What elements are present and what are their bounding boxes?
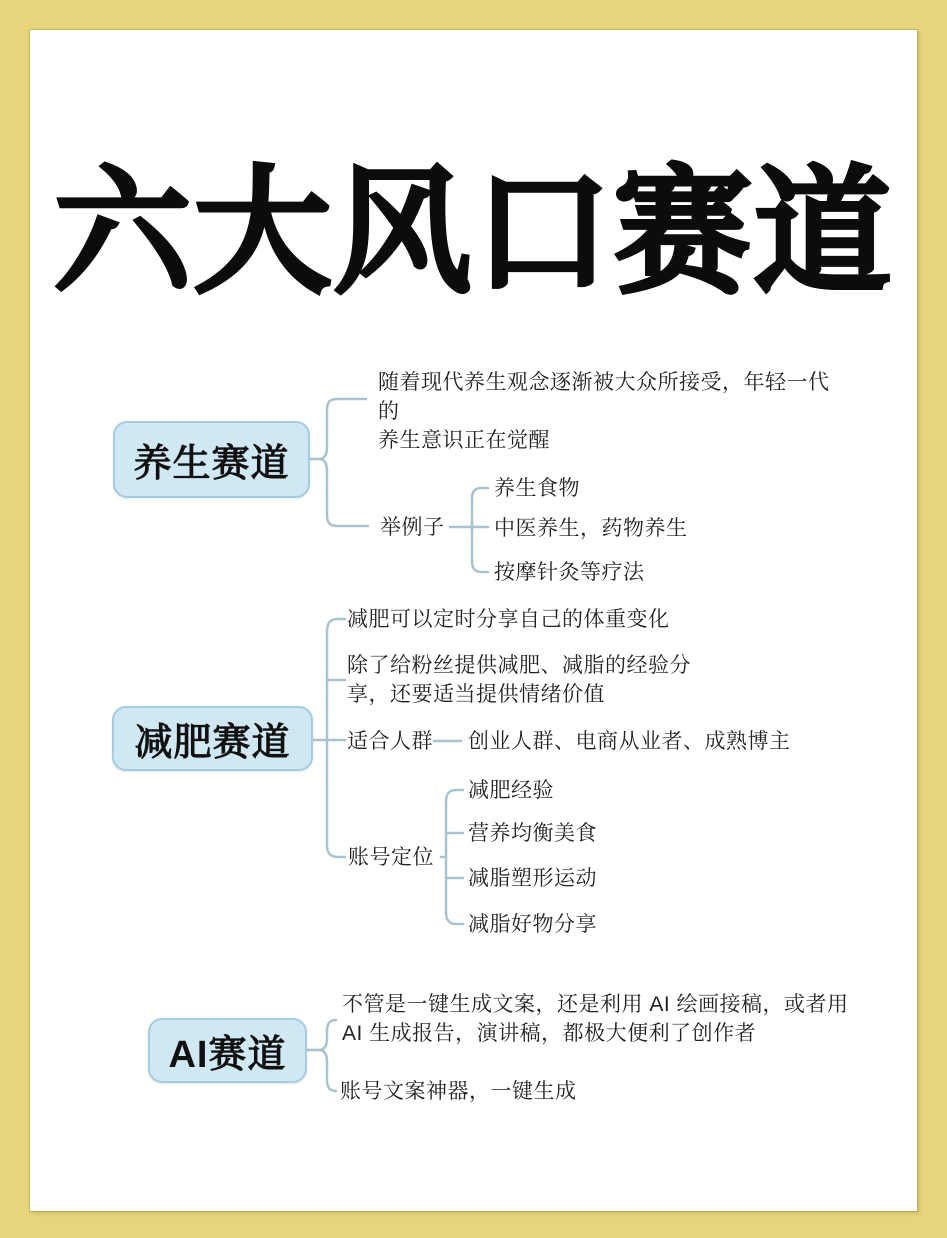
connector-wellness-bottom bbox=[319, 459, 368, 526]
weightloss-positioning-item: 减肥经验 bbox=[468, 776, 554, 805]
branch-node-weightloss-label: 减肥赛道 bbox=[134, 711, 290, 766]
wellness-example-item: 中医养生，药物养生 bbox=[494, 514, 688, 543]
branch-node-weightloss: 减肥赛道 bbox=[112, 706, 313, 771]
branch-node-wellness-label: 养生赛道 bbox=[133, 432, 289, 487]
connector-ai-top bbox=[319, 1020, 336, 1050]
weightloss-note1: 减肥可以定时分享自己的体重变化 bbox=[347, 605, 827, 634]
connector-weightloss-bottom bbox=[327, 845, 345, 857]
connector-wellness-top bbox=[319, 399, 366, 459]
weightloss-positioning-label: 账号定位 bbox=[348, 843, 434, 872]
connector-examples-bottom bbox=[472, 561, 488, 572]
branch-node-wellness: 养生赛道 bbox=[113, 421, 310, 498]
connector-weightloss-top bbox=[327, 619, 345, 632]
weightloss-audience-value: 创业人群、电商从业者、成熟博主 bbox=[468, 727, 791, 756]
weightloss-note2: 除了给粉丝提供减肥、减脂的经验分 享，还要适当提供情绪价值 bbox=[347, 651, 787, 709]
connector-examples-top bbox=[472, 488, 488, 499]
wellness-examples-label: 举例子 bbox=[380, 513, 445, 542]
connector-ai-bottom bbox=[319, 1050, 336, 1091]
connector-positioning-bottom bbox=[446, 912, 463, 924]
ai-note1: 不管是一键生成文案，还是利用 AI 绘画接稿，或者用 AI 生成报告，演讲稿，都… bbox=[342, 990, 902, 1048]
branch-node-ai-label: AI赛道 bbox=[168, 1023, 286, 1078]
weightloss-positioning-item: 减脂塑形运动 bbox=[468, 864, 597, 893]
ai-note2: 账号文案神器，一键生成 bbox=[340, 1077, 577, 1106]
connector-positioning-top bbox=[446, 790, 463, 802]
wellness-example-item: 养生食物 bbox=[494, 474, 580, 503]
weightloss-positioning-item: 减脂好物分享 bbox=[468, 910, 597, 939]
weightloss-audience-label: 适合人群 bbox=[347, 727, 433, 756]
infographic-page: 六大风口赛道 养生赛道 减肥赛道 AI赛道 随着现代养生 bbox=[0, 0, 947, 1238]
wellness-example-item: 按摩针灸等疗法 bbox=[494, 558, 645, 587]
weightloss-positioning-item: 营养均衡美食 bbox=[468, 819, 597, 848]
branch-node-ai: AI赛道 bbox=[148, 1018, 307, 1083]
wellness-intro-note: 随着现代养生观念逐渐被大众所接受，年轻一代的 养生意识正在觉醒 bbox=[378, 368, 848, 455]
